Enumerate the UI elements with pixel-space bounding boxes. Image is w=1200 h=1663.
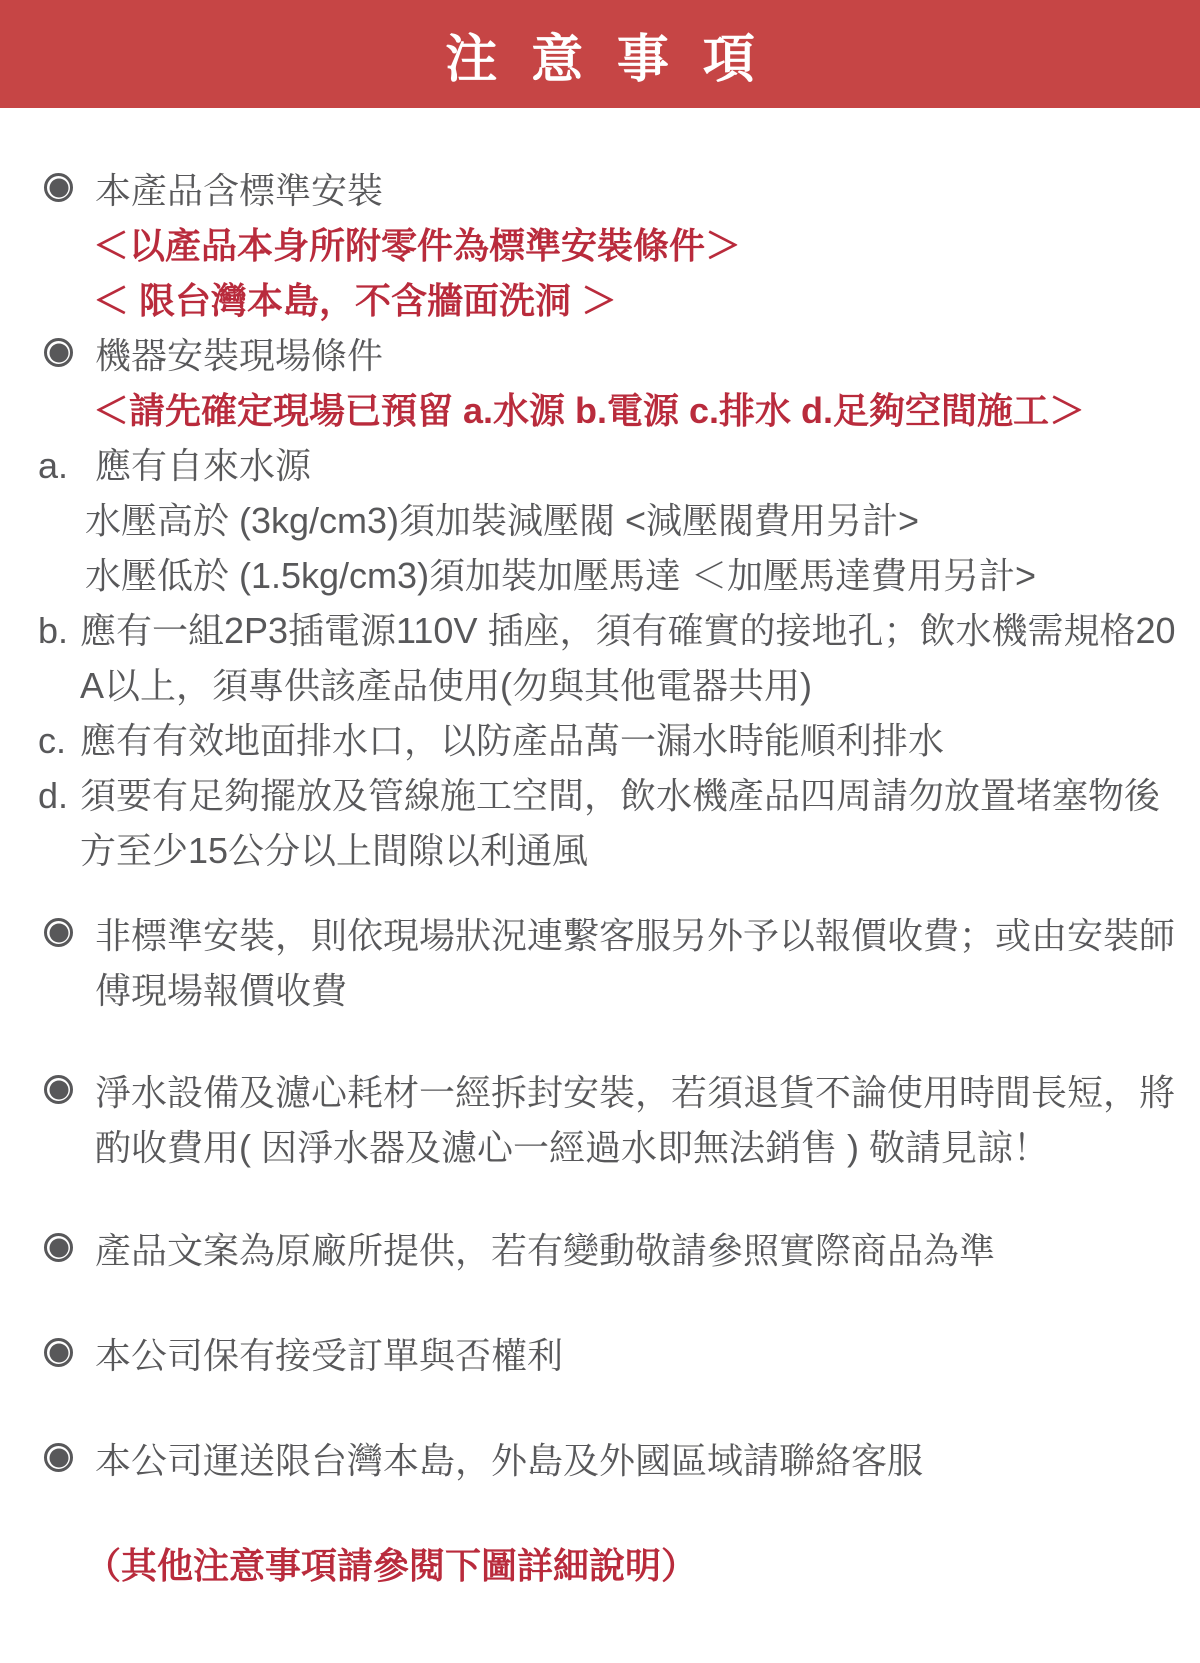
- condition-b-text-line1: 應有一組2P3插電源110V 插座，須有確實的接地孔；飲水機需規格20: [80, 610, 1176, 651]
- bullseye-bullet-icon: [44, 173, 73, 202]
- condition-d: d. 須要有足夠擺放及管線施工空間，飲水機產品四周請勿放置堵塞物後: [0, 768, 1200, 823]
- shipping-area-text: 本公司運送限台灣本島，外島及外國區域請聯絡客服: [95, 1440, 923, 1481]
- condition-c: c. 應有有效地面排水口，以防產品萬一漏水時能順利排水: [0, 713, 1200, 768]
- condition-a-sub-2: 水壓低於 (1.5kg/cm3)須加裝加壓馬達 ＜加壓馬達費用另計>: [0, 548, 1200, 603]
- notice-content: 本產品含標準安裝 ＜以產品本身所附零件為標準安裝條件＞ ＜ 限台灣本島，不含牆面…: [0, 163, 1200, 1593]
- bullet-dot: [49, 1080, 68, 1099]
- bullet-dot: [49, 178, 68, 197]
- notice-item-order-acceptance: 本公司保有接受訂單與否權利: [0, 1328, 1200, 1383]
- notice-item-site-conditions: 機器安裝現場條件: [0, 328, 1200, 383]
- bullet-dot: [49, 1238, 68, 1257]
- condition-a-text: 應有自來水源: [95, 445, 311, 486]
- site-conditions-note: ＜請先確定現場已預留 a.水源 b.電源 c.排水 d.足夠空間施工＞: [0, 383, 1200, 438]
- condition-a-sub-1: 水壓高於 (3kg/cm3)須加裝減壓閥 <減壓閥費用另計>: [0, 493, 1200, 548]
- notice-item-filter-return-policy: 淨水設備及濾心耗材一經拆封安裝，若須退貨不論使用時間長短，將: [0, 1065, 1200, 1120]
- bullseye-bullet-icon: [44, 918, 73, 947]
- notice-item-nonstandard-install: 非標準安裝，則依現場狀況連繫客服另外予以報價收費；或由安裝師: [0, 908, 1200, 963]
- standard-install-note-2: ＜ 限台灣本島，不含牆面洗洞 ＞: [0, 273, 1200, 328]
- condition-c-text: 應有有效地面排水口，以防產品萬一漏水時能順利排水: [80, 720, 944, 761]
- bullet-dot: [49, 1448, 68, 1467]
- bullseye-bullet-icon: [44, 1233, 73, 1262]
- notice-item-heading: 機器安裝現場條件: [95, 335, 383, 376]
- notice-item-standard-install: 本產品含標準安裝: [0, 163, 1200, 218]
- bullseye-bullet-icon: [44, 338, 73, 367]
- bullseye-bullet-icon: [44, 1338, 73, 1367]
- condition-c-label: c.: [38, 713, 66, 768]
- order-acceptance-text: 本公司保有接受訂單與否權利: [95, 1335, 563, 1376]
- filter-return-policy-line1: 淨水設備及濾心耗材一經拆封安裝，若須退貨不論使用時間長短，將: [95, 1072, 1175, 1113]
- footer-note: （其他注意事項請參閱下圖詳細說明）: [0, 1538, 1200, 1593]
- nonstandard-install-line2: 傅現場報價收費: [0, 963, 1200, 1018]
- notice-item-product-copy: 產品文案為原廠所提供，若有變動敬請參照實際商品為準: [0, 1223, 1200, 1278]
- condition-d-label: d.: [38, 768, 68, 823]
- condition-d-text-line1: 須要有足夠擺放及管線施工空間，飲水機產品四周請勿放置堵塞物後: [80, 775, 1160, 816]
- condition-d-text-line2: 方至少15公分以上間隙以利通風: [0, 823, 1200, 878]
- notice-item-heading: 本產品含標準安裝: [95, 170, 383, 211]
- bullseye-bullet-icon: [44, 1443, 73, 1472]
- bullet-dot: [49, 923, 68, 942]
- header-banner: 注意事項: [0, 0, 1200, 108]
- filter-return-policy-line2: 酌收費用( 因淨水器及濾心一經過水即無法銷售 ) 敬請見諒！: [0, 1120, 1200, 1175]
- product-copy-text: 產品文案為原廠所提供，若有變動敬請參照實際商品為準: [95, 1230, 995, 1271]
- bullet-dot: [49, 1343, 68, 1362]
- bullseye-bullet-icon: [44, 1075, 73, 1104]
- condition-b: b. 應有一組2P3插電源110V 插座，須有確實的接地孔；飲水機需規格20: [0, 603, 1200, 658]
- nonstandard-install-line1: 非標準安裝，則依現場狀況連繫客服另外予以報價收費；或由安裝師: [95, 915, 1175, 956]
- condition-b-text-line2: A以上，須專供該產品使用(勿與其他電器共用): [0, 658, 1200, 713]
- page-title: 注意事項: [412, 17, 789, 92]
- condition-a-label: a.: [38, 438, 68, 493]
- standard-install-note-1: ＜以產品本身所附零件為標準安裝條件＞: [0, 218, 1200, 273]
- condition-a: a. 應有自來水源: [0, 438, 1200, 493]
- bullet-dot: [49, 343, 68, 362]
- notice-item-shipping-area: 本公司運送限台灣本島，外島及外國區域請聯絡客服: [0, 1433, 1200, 1488]
- condition-b-label: b.: [38, 603, 68, 658]
- notice-page: 注意事項 本產品含標準安裝 ＜以產品本身所附零件為標準安裝條件＞ ＜ 限台灣本島…: [0, 0, 1200, 1663]
